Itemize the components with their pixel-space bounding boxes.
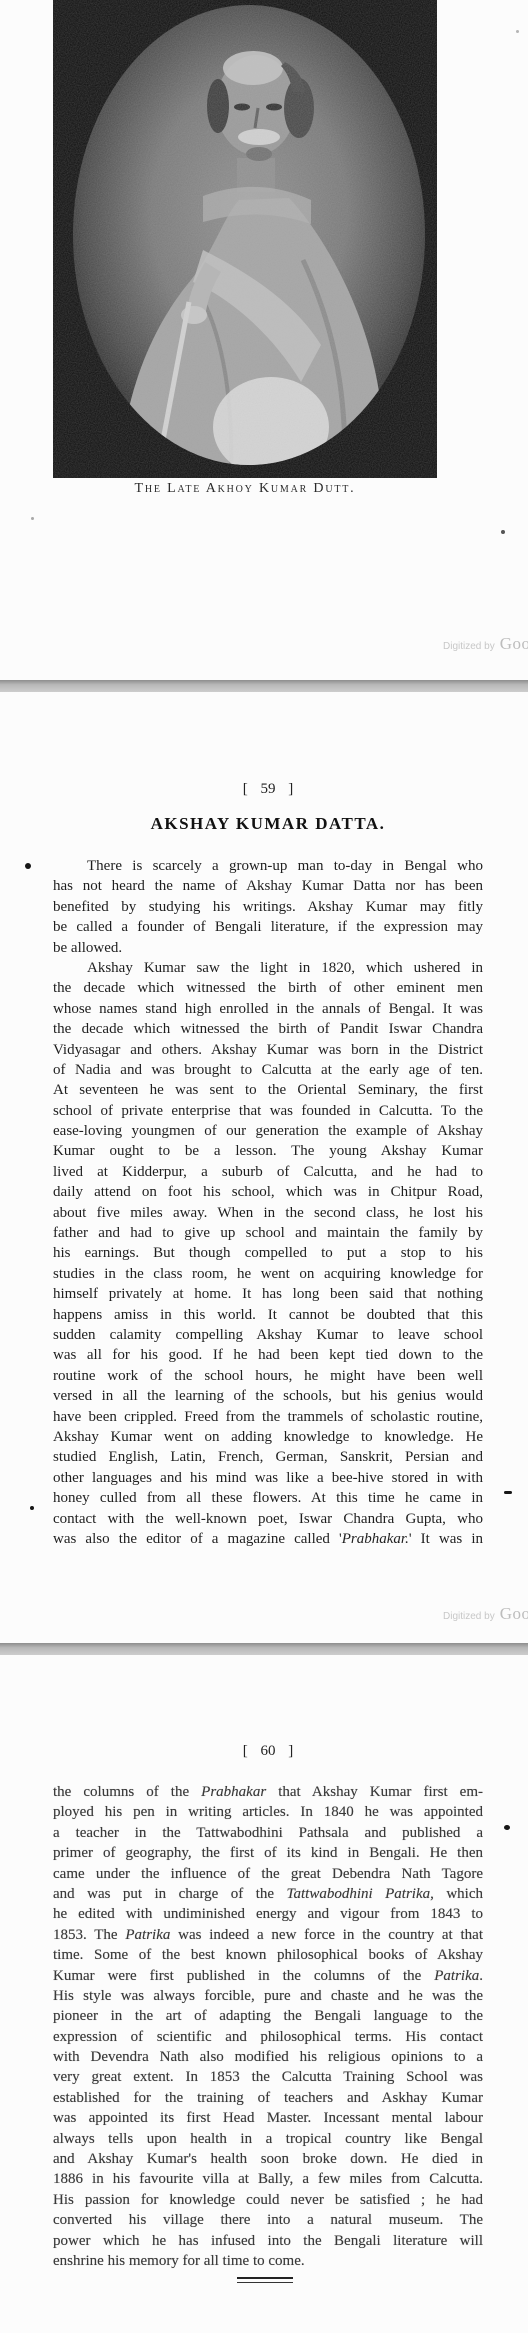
text-line: Kumar ought to be a lesson. The young Ak… xyxy=(53,1141,483,1161)
ink-dot xyxy=(30,1506,34,1510)
text-line: and was put in charge of the Tattwabodhi… xyxy=(53,1884,483,1904)
page-number-59: [ 59 ] xyxy=(53,781,483,798)
portrait-caption: The Late Akhoy Kumar Dutt. xyxy=(53,481,437,497)
watermark-label: Digitized by xyxy=(443,641,495,652)
text-line: studied English, Latin, French, German, … xyxy=(53,1447,483,1467)
text-line: his earnings. But though compelled to pu… xyxy=(53,1243,483,1263)
text-line: There is scarcely a grown-up man to-day … xyxy=(53,856,483,876)
google-logo-fragment: Goo xyxy=(500,1604,528,1623)
text-line: Vidyasagar and others. Akshay Kumar was … xyxy=(53,1040,483,1060)
ink-dash xyxy=(504,1491,512,1494)
text-line: a teacher in the Tattwabodhini Pathsala … xyxy=(53,1823,483,1843)
text-line: about five miles away. When in the secon… xyxy=(53,1203,483,1223)
paper-speck xyxy=(501,530,505,534)
text-line: At seventeen he was sent to the Oriental… xyxy=(53,1080,483,1100)
paper-speck xyxy=(31,517,34,520)
scanned-book-view: { "colors": { "paper": "#fcfcfc", "ink":… xyxy=(0,0,528,2333)
ink-dot xyxy=(504,1825,510,1830)
text-line: Akshay Kumar saw the light in 1820, whic… xyxy=(53,958,483,978)
text-line: with Devendra Nath also modified his rel… xyxy=(53,2047,483,2067)
text-line: of Nadia and was brought to Calcutta at … xyxy=(53,1060,483,1080)
digitized-by-watermark: Digitized byGoo xyxy=(443,634,528,654)
text-line: and Akshay Kumar's health soon broke dow… xyxy=(53,2149,483,2169)
text-line: primer of geography, the first of its ki… xyxy=(53,1843,483,1863)
text-line: other languages and his mind was like a … xyxy=(53,1468,483,1488)
paragraph: the columns of the Prabhakar that Akshay… xyxy=(53,1782,483,2271)
text-line: whose names stand high enrolled in the a… xyxy=(53,999,483,1019)
watermark-label: Digitized by xyxy=(443,1611,495,1622)
portrait-engraving xyxy=(53,0,437,478)
text-line: happens amiss in this world. It cannot b… xyxy=(53,1305,483,1325)
text-line: school of private enterprise that was fo… xyxy=(53,1101,483,1121)
text-line: he edited with undiminished energy and v… xyxy=(53,1904,483,1924)
paragraph: Akshay Kumar saw the light in 1820, whic… xyxy=(53,958,483,1549)
text-line: always tells upon health in a tropical c… xyxy=(53,2129,483,2149)
google-logo-fragment: Goo xyxy=(500,634,528,653)
text-line: contact with the well-known poet, Iswar … xyxy=(53,1509,483,1529)
page-separator-band xyxy=(0,680,528,692)
portrait-image xyxy=(53,0,437,478)
article-title: AKSHAY KUMAR DATTA. xyxy=(53,814,483,834)
text-line: came under the influence of the great De… xyxy=(53,1864,483,1884)
text-line: the columns of the Prabhakar that Akshay… xyxy=(53,1782,483,1802)
paper-speck xyxy=(516,30,519,33)
text-line: lived at Kidderpur, a suburb of Calcutta… xyxy=(53,1162,483,1182)
text-line: routine work of the school hours, he mig… xyxy=(53,1366,483,1386)
text-line: sudden calamity compelling Akshay Kumar … xyxy=(53,1325,483,1345)
section-end-rule xyxy=(237,2277,293,2283)
text-line: benefited by studying his writings. Aksh… xyxy=(53,897,483,917)
text-line: daily attend on foot his school, which w… xyxy=(53,1182,483,1202)
text-line: the decade which witnessed the birth of … xyxy=(53,1019,483,1039)
text-line: 1886 in his favourite villa at Bally, a … xyxy=(53,2169,483,2189)
text-line: versed in all the learning of the school… xyxy=(53,1386,483,1406)
text-line: enshrine his memory for all time to come… xyxy=(53,2251,483,2271)
text-line: honey culled from all these flowers. At … xyxy=(53,1488,483,1508)
text-line: father and had to give up school and mai… xyxy=(53,1223,483,1243)
body-text-page-60: the columns of the Prabhakar that Akshay… xyxy=(53,1782,483,2271)
page-number-60: [ 60 ] xyxy=(53,1743,483,1760)
text-line: power which he has infused into the Beng… xyxy=(53,2231,483,2251)
text-line: His passion for knowledge could never be… xyxy=(53,2190,483,2210)
text-line: ease-loving youngmen of our generation t… xyxy=(53,1121,483,1141)
text-line: Kumar were first published in the column… xyxy=(53,1966,483,1986)
ink-dot xyxy=(25,863,31,869)
text-line: converted his village there into a natur… xyxy=(53,2210,483,2230)
text-line: His style was always forcible, pure and … xyxy=(53,1986,483,2006)
text-line: the decade which witnessed the birth of … xyxy=(53,978,483,998)
page-separator-band xyxy=(0,1643,528,1655)
text-line: Akshay Kumar went on adding knowledge to… xyxy=(53,1427,483,1447)
text-line: himself privately at home. It has long b… xyxy=(53,1284,483,1304)
text-line: established for the training of teachers… xyxy=(53,2088,483,2108)
paragraph: There is scarcely a grown-up man to-day … xyxy=(53,856,483,958)
text-line: be allowed. xyxy=(53,938,483,958)
text-line: was all for his good. If he had been kep… xyxy=(53,1345,483,1365)
text-line: was also the editor of a magazine called… xyxy=(53,1529,483,1549)
text-line: has not heard the name of Akshay Kumar D… xyxy=(53,876,483,896)
text-line: time. Some of the best known philosophic… xyxy=(53,1945,483,1965)
text-line: was appointed its first Head Master. Inc… xyxy=(53,2108,483,2128)
text-line: studies in the class room, he went on ac… xyxy=(53,1264,483,1284)
text-line: ployed his pen in writing articles. In 1… xyxy=(53,1802,483,1822)
text-line: expression of scientific and philosophic… xyxy=(53,2027,483,2047)
text-line: 1853. The Patrika was indeed a new force… xyxy=(53,1925,483,1945)
text-line: have been crippled. Freed from the tramm… xyxy=(53,1407,483,1427)
text-line: be called a founder of Bengali literatur… xyxy=(53,917,483,937)
digitized-by-watermark: Digitized byGoo xyxy=(443,1604,528,1624)
text-line: pioneer in the art of adapting the Benga… xyxy=(53,2006,483,2026)
text-line: very great extent. In 1853 the Calcutta … xyxy=(53,2067,483,2087)
body-text-page-59: There is scarcely a grown-up man to-day … xyxy=(53,856,483,1549)
